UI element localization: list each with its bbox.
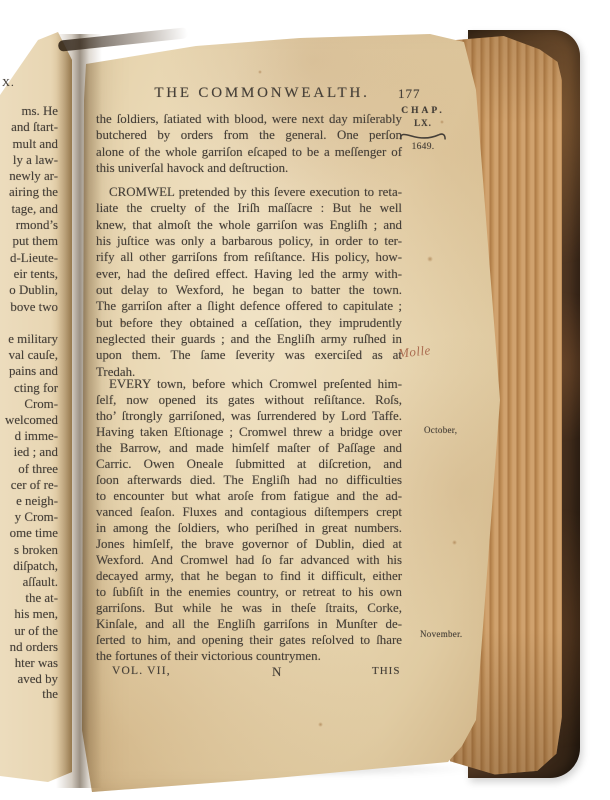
text-line: rify all other garriſons from reſiſtance…	[96, 249, 402, 265]
text-line: ſelf, now opened its gates without reſiſ…	[96, 392, 402, 408]
left-page-text-block: ms. Heand ſtart-mult andly a law-newly a…	[0, 103, 58, 315]
text-line: pains and	[0, 363, 58, 379]
text-line: put them	[0, 233, 58, 249]
text-line: aſſault.	[0, 574, 58, 590]
book-photo: THE COMMONWEALTH. 177 CHAP. LX. 1649. Mo…	[0, 0, 610, 800]
text-line: Jones himſelf, the brave governor of Dub…	[96, 536, 402, 552]
text-line: airing the	[0, 184, 58, 200]
left-page-catchword: the	[0, 687, 58, 702]
text-line: his men,	[0, 606, 58, 622]
left-page-header-fragment: X.	[2, 77, 15, 89]
text-line: Wexford. And Cromwel had ſo far advanced…	[96, 552, 402, 568]
paragraph: EVERY town, before which Cromwel preſent…	[96, 376, 402, 664]
text-line: ſerted to him, and opening their gates r…	[96, 632, 402, 648]
text-line: hter was	[0, 655, 58, 671]
text-line: e neigh-	[0, 493, 58, 509]
text-line: rmond’s	[0, 217, 58, 233]
margin-chapter-label: CHAP.	[400, 106, 446, 116]
text-line: bove two	[0, 299, 58, 315]
text-line: vanced ſeaſon. Fluxes and contagious diſ…	[96, 504, 402, 520]
text-line: the fortunes of their victorious country…	[96, 648, 402, 664]
text-line: this univerſal havock and deſtruction.	[96, 160, 402, 176]
text-line: eir tents,	[0, 266, 58, 282]
printed-text-layer: THE COMMONWEALTH. 177 CHAP. LX. 1649. Mo…	[0, 0, 610, 800]
text-line: in among the ſoldiers, who periſhed in g…	[96, 520, 402, 536]
text-line: Crom-	[0, 396, 58, 412]
footer-catchword: THIS	[372, 665, 400, 677]
text-line: y Crom-	[0, 509, 58, 525]
text-line: nd orders	[0, 639, 58, 655]
text-line: the ſoldiers, ſatiated with blood, were …	[96, 111, 402, 127]
text-line: tage, and	[0, 201, 58, 217]
text-line: cting for	[0, 380, 58, 396]
paragraph: CROMWEL pretended by this ſevere executi…	[96, 184, 402, 380]
text-line: Carric. Owen Oneale ſubmitted at diſcret…	[96, 456, 402, 472]
handwritten-annotation: Molle	[397, 342, 431, 361]
text-line: decayed army, that he began to find it d…	[96, 568, 402, 584]
footer-volume: VOL. VII,	[112, 665, 171, 677]
margin-month-november: November.	[420, 629, 462, 639]
text-line: and ſtart-	[0, 119, 58, 135]
text-line: out delay to Wexford, he began to batter…	[96, 282, 402, 298]
text-line: ſoon afterwards died. The Engliſh had no…	[96, 472, 402, 488]
text-line: ied ; and	[0, 444, 58, 460]
text-line: cer of re-	[0, 477, 58, 493]
text-line: butchered by orders from the general. On…	[96, 127, 402, 143]
text-line: his juſtice was only a barbarous policy,…	[96, 233, 402, 249]
text-line: o Dublin,	[0, 282, 58, 298]
text-line: ome time	[0, 525, 58, 541]
text-line: val cauſe,	[0, 347, 58, 363]
text-line: aved by	[0, 671, 58, 687]
text-line: alone of the whole garriſon eſcaped to b…	[96, 144, 402, 160]
text-line: liate the cruelty of the Iriſh maſſacre …	[96, 200, 402, 216]
text-line: tho’ ſtrongly garriſoned, was ſurrendere…	[96, 408, 402, 424]
text-line: ur of the	[0, 623, 58, 639]
margin-chapter-number: LX.	[400, 118, 446, 128]
text-line: welcomed	[0, 412, 58, 428]
text-line: knew, that almoſt the whole garriſon was…	[96, 217, 402, 233]
brace-ornament	[399, 129, 447, 141]
text-line: newly ar-	[0, 168, 58, 184]
text-line: diſpatch,	[0, 558, 58, 574]
text-line: mult and	[0, 136, 58, 152]
text-line: Having taken Eſtionage ; Cromwel threw a…	[96, 424, 402, 440]
text-line: Kinſale, and all the Engliſh garriſons i…	[96, 616, 402, 632]
text-line: but before they obtained a ceſſation, th…	[96, 315, 402, 331]
text-line: d imme-	[0, 428, 58, 444]
margin-year: 1649.	[400, 142, 446, 152]
text-line: The garriſon after a ſlight defence offe…	[96, 298, 402, 314]
text-line: ly a law-	[0, 152, 58, 168]
margin-month-october: October,	[424, 425, 457, 435]
text-line: the at-	[0, 590, 58, 606]
page-number: 177	[398, 86, 438, 102]
text-line: EVERY town, before which Cromwel preſent…	[96, 376, 402, 392]
text-line: to encounter but what aroſe from fatigue…	[96, 488, 402, 504]
text-line: upon them. The ſame ſeverity was exerciſ…	[96, 347, 402, 363]
text-line: neglected their guards ; and the Engliſh…	[96, 331, 402, 347]
text-line: ms. He	[0, 103, 58, 119]
paragraph: the ſoldiers, ſatiated with blood, were …	[96, 111, 402, 177]
text-line: e military	[0, 331, 58, 347]
text-line: to ſubſiſt in the enemies country, or re…	[96, 584, 402, 600]
text-line: ever, had the deſired effect. Having led…	[96, 266, 402, 282]
text-line: of three	[0, 461, 58, 477]
text-line: s broken	[0, 542, 58, 558]
text-line: CROMWEL pretended by this ſevere executi…	[96, 184, 402, 200]
left-page-text-block: e militaryval cauſe,pains andcting forCr…	[0, 331, 58, 687]
text-line: d-Lieute-	[0, 250, 58, 266]
running-head: THE COMMONWEALTH.	[96, 85, 418, 102]
footer-signature-mark: N	[272, 664, 281, 680]
text-line: the Barrow, and made himſelf maſter of P…	[96, 440, 402, 456]
text-line: garriſons. But while he was in theſe ſtr…	[96, 600, 402, 616]
